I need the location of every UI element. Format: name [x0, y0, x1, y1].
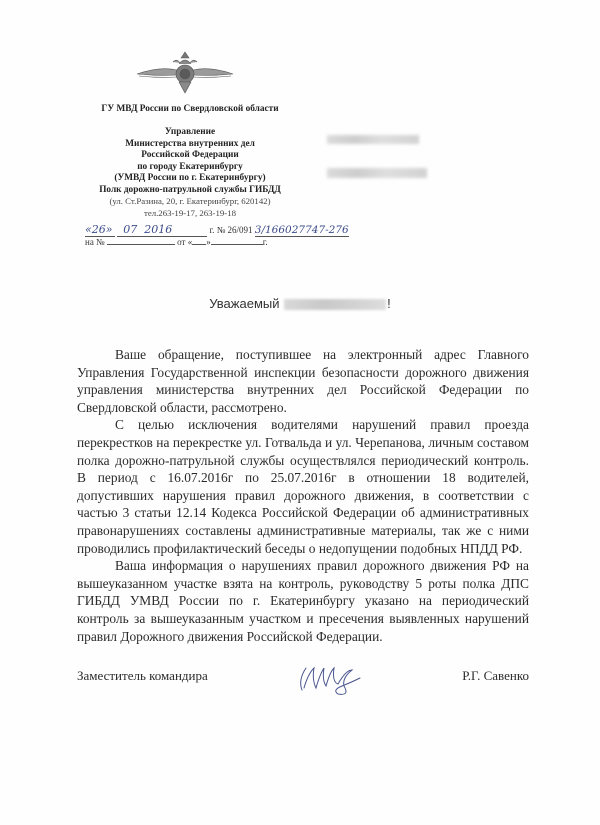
reply-to-label: на № [85, 237, 105, 247]
quote-close: » [106, 223, 113, 236]
redacted-salutation-name [284, 299, 386, 310]
date-month-year-field: 07 2016 [117, 223, 207, 237]
signer-title: Заместитель командира [77, 668, 208, 684]
date-day: 26 [92, 223, 106, 236]
date-year: 2016 [144, 223, 172, 236]
department-line: по городу Екатеринбургу [60, 162, 320, 174]
department-address: (ул. Ст.Разина, 20, г. Екатеринбург, 620… [60, 196, 320, 208]
department-line: Российской Федерации [60, 150, 320, 162]
salutation-prefix: Уважаемый [209, 296, 279, 311]
reply-reference: на № от «»г. [85, 236, 268, 247]
body-paragraph: Ваша информация о нарушениях правил доро… [77, 557, 529, 645]
agency-name: ГУ МВД России по Свердловской области [60, 104, 320, 116]
signer-name: Р.Г. Савенко [462, 668, 529, 684]
body-paragraph: Ваше обращение, поступившее на электронн… [77, 346, 529, 416]
department-line: Полк дорожно-патрульной службы ГИБДД [60, 185, 320, 197]
department-line: (УМВД России по г. Екатеринбургу) [60, 173, 320, 185]
outgoing-reference: «26» 07 2016 г. № 26/091 3/166027747-276 [85, 223, 349, 237]
handwritten-number: 3/166027747-276 [255, 224, 349, 237]
mvd-emblem-icon [135, 48, 235, 98]
department-phone: тел.263-19-17, 263-19-18 [60, 208, 320, 220]
reply-number-blank [107, 236, 175, 245]
redacted-recipient-name [327, 135, 419, 144]
salutation-suffix: ! [387, 296, 391, 311]
number-label: № 26/091 [217, 225, 253, 235]
department-block: Управление Министерства внутренних дел Р… [60, 127, 320, 219]
year-suffix: г. [210, 225, 215, 235]
reply-from-label: от « [177, 237, 192, 247]
department-line: Управление [60, 127, 320, 139]
handwritten-signature-icon [294, 660, 366, 696]
quote-open: « [85, 223, 92, 236]
date-day-field: «26» [85, 223, 115, 237]
redacted-recipient-email [327, 168, 427, 178]
reply-year-suffix: г. [263, 237, 268, 247]
reply-date-blank [211, 236, 263, 245]
salutation: Уважаемый ! [0, 296, 600, 311]
signature-block: Заместитель командира Р.Г. Савенко [77, 668, 529, 698]
date-month: 07 [123, 223, 137, 236]
reply-day-blank [192, 236, 206, 245]
letter-body: Ваше обращение, поступившее на электронн… [77, 346, 529, 645]
department-line: Министерства внутренних дел [60, 139, 320, 151]
body-paragraph: С целью исключения водителями нарушений … [77, 416, 529, 557]
